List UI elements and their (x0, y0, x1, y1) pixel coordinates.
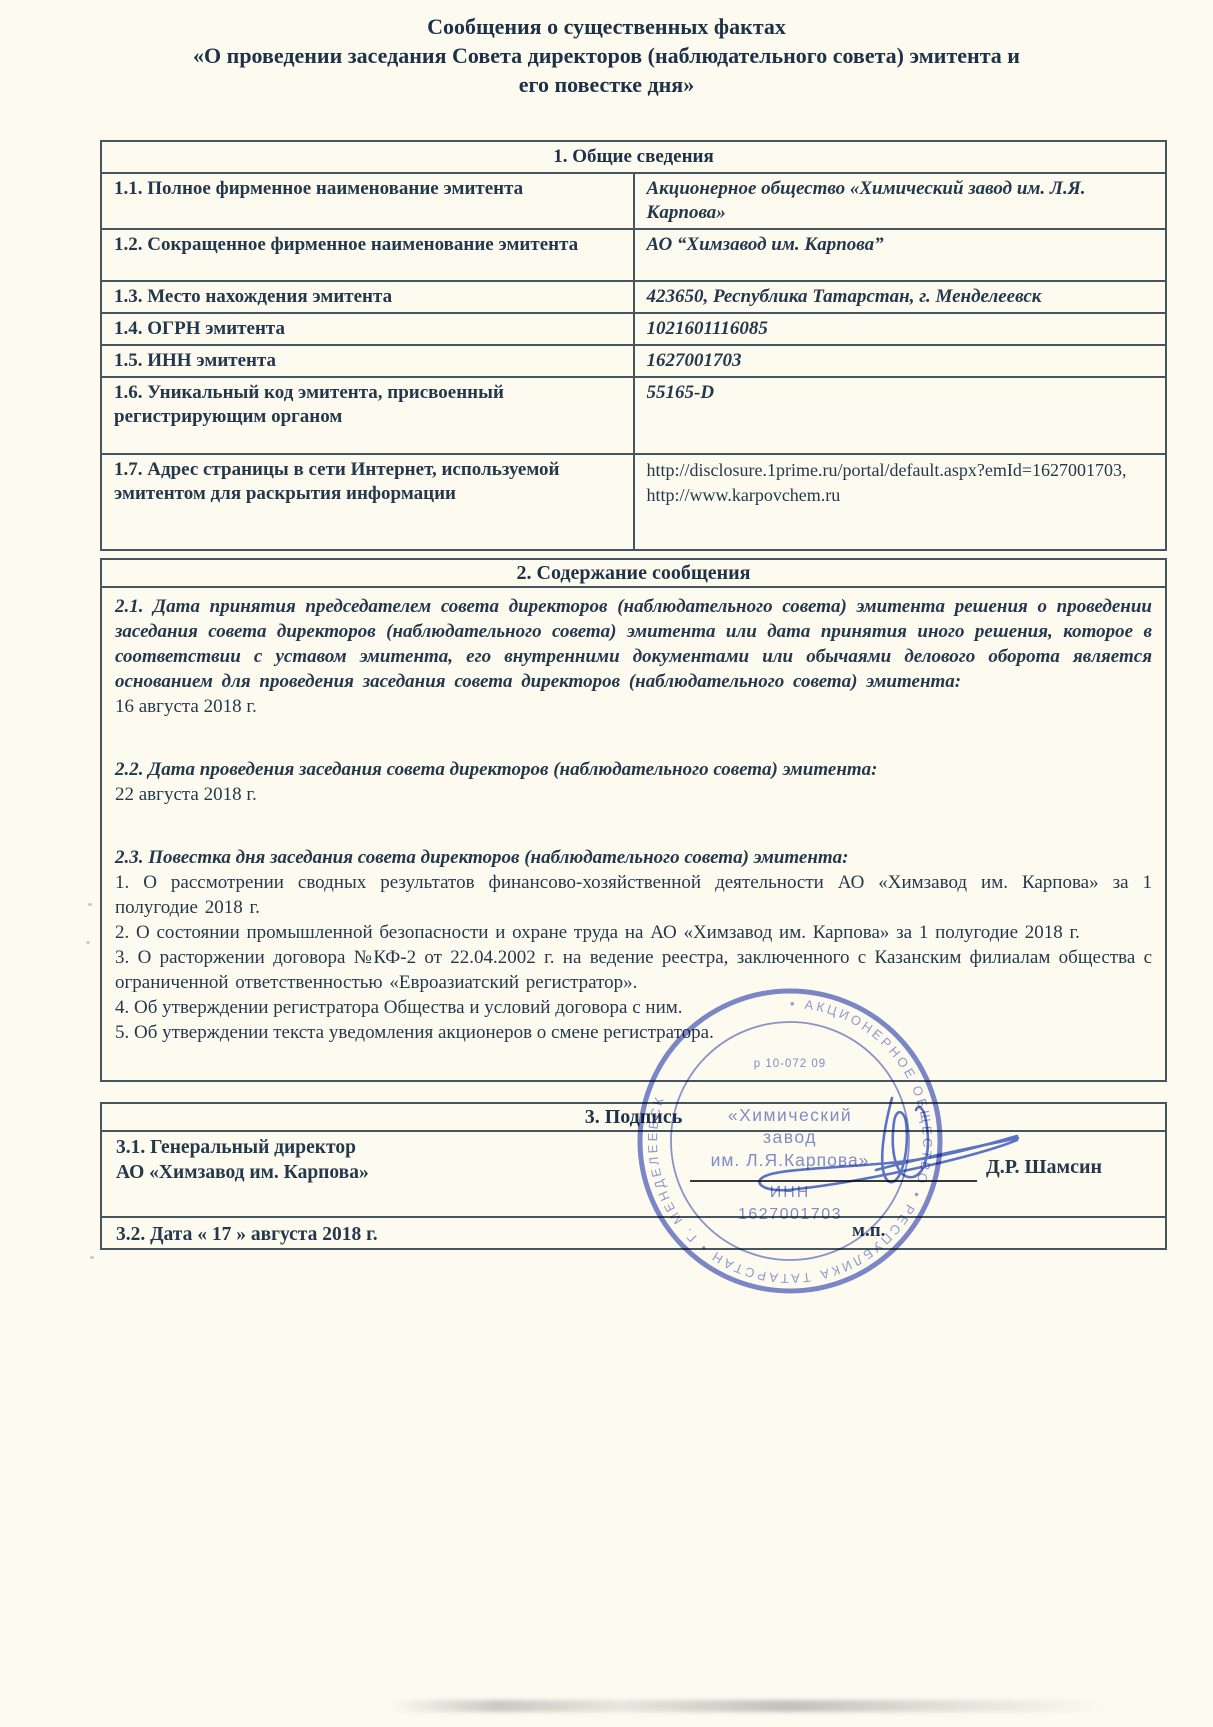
table-row: 1.1. Полное фирменное наименование эмите… (101, 173, 1166, 229)
row-label: 1.1. Полное фирменное наименование эмите… (101, 173, 634, 229)
stamp-reg-number: р 10-072 09 (754, 1058, 826, 1070)
director-title-line2: АО «Химзавод им. Карпова» (116, 1162, 369, 1184)
handwritten-signature (680, 1080, 1030, 1210)
scan-smudge-artifact (390, 1700, 1110, 1712)
table-row: 1.6. Уникальный код эмитента, присвоенны… (101, 377, 1166, 454)
signature-date: 3.2. Дата « 17 » августа 2018 г. (116, 1224, 378, 1246)
director-title-line1: 3.1. Генеральный директор (116, 1137, 356, 1159)
message-content-body: 2.1. Дата принятия председателем совета … (102, 588, 1165, 1045)
scan-speck-artifact (90, 1256, 94, 1259)
table-row: 1.5. ИНН эмитента 1627001703 (101, 345, 1166, 377)
table-row: 1.4. ОГРН эмитента 1021601116085 (101, 313, 1166, 345)
row-label: 1.5. ИНН эмитента (101, 345, 634, 377)
row-label: 1.6. Уникальный код эмитента, присвоенны… (101, 377, 634, 454)
title-line-2: «О проведении заседания Совета директоро… (87, 41, 1127, 70)
general-info-table: 1. Общие сведения 1.1. Полное фирменное … (100, 140, 1167, 551)
table-header-row: 1. Общие сведения (101, 141, 1166, 173)
title-line-3: его повестке дня» (87, 70, 1127, 99)
decision-date: 16 августа 2018 г. (115, 694, 1152, 719)
title-line-1: Сообщения о существенных фактах (87, 12, 1127, 41)
scan-speck-artifact (86, 941, 90, 944)
scanned-document-page: Сообщения о существенных фактах «О прове… (0, 0, 1213, 1727)
row-value: 1021601116085 (634, 313, 1167, 345)
agenda-item-1: 1. О рассмотрении сводных результатов фи… (115, 870, 1152, 920)
row-value: Акционерное общество «Химический завод и… (634, 173, 1167, 229)
table-row: 1.3. Место нахождения эмитента 423650, Р… (101, 281, 1166, 313)
section2-header: 2. Содержание сообщения (102, 560, 1165, 588)
row-value: 55165-D (634, 377, 1167, 454)
row-label: 1.7. Адрес страницы в сети Интернет, исп… (101, 454, 634, 550)
row-label: 1.3. Место нахождения эмитента (101, 281, 634, 313)
paragraph-2-1: 2.1. Дата принятия председателем совета … (115, 594, 1152, 694)
paragraph-2-2: 2.2. Дата проведения заседания совета ди… (115, 757, 1152, 782)
section1-header: 1. Общие сведения (101, 141, 1166, 173)
row-value: 1627001703 (634, 345, 1167, 377)
table-row: 1.7. Адрес страницы в сети Интернет, исп… (101, 454, 1166, 550)
paragraph-2-3: 2.3. Повестка дня заседания совета дирек… (115, 845, 1152, 870)
meeting-date: 22 августа 2018 г. (115, 782, 1152, 807)
handwritten-signature-icon (680, 1080, 1030, 1210)
table-row: 1.2. Сокращенное фирменное наименование … (101, 229, 1166, 281)
row-label: 1.2. Сокращенное фирменное наименование … (101, 229, 634, 281)
row-value-disclosure-urls: http://disclosure.1prime.ru/portal/defau… (634, 454, 1167, 550)
row-value: 423650, Республика Татарстан, г. Менделе… (634, 281, 1167, 313)
scan-speck-artifact (88, 903, 92, 906)
agenda-item-2: 2. О состоянии промышленной безопасности… (115, 920, 1152, 945)
row-label: 1.4. ОГРН эмитента (101, 313, 634, 345)
document-title: Сообщения о существенных фактах «О прове… (87, 12, 1127, 99)
row-value: АО “Химзавод им. Карпова” (634, 229, 1167, 281)
